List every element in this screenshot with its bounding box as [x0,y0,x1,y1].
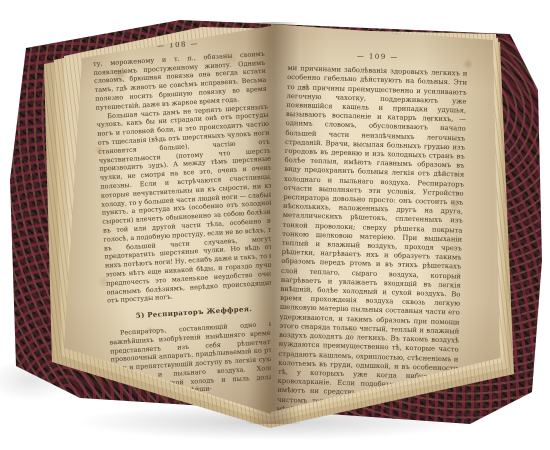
book-photo: — 108 — ту, мороженому и т. п., обязаны … [0,0,550,450]
right-page-number: — 109 — [288,50,468,65]
